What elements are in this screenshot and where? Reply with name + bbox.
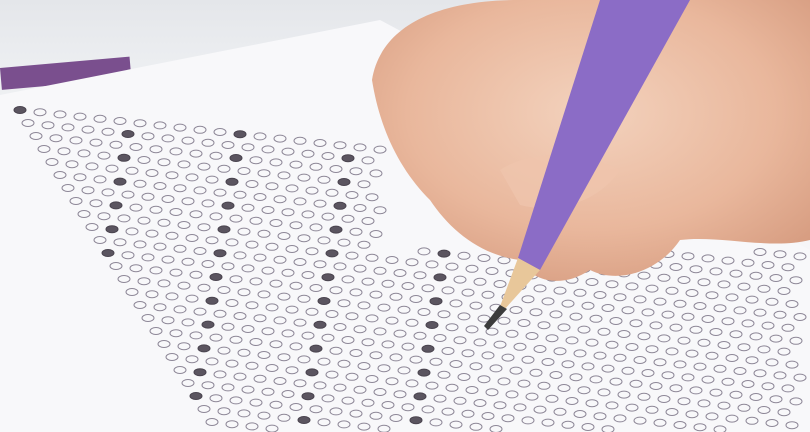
answer-sheet-bubbles [0,0,810,432]
photo-scene [0,0,810,432]
